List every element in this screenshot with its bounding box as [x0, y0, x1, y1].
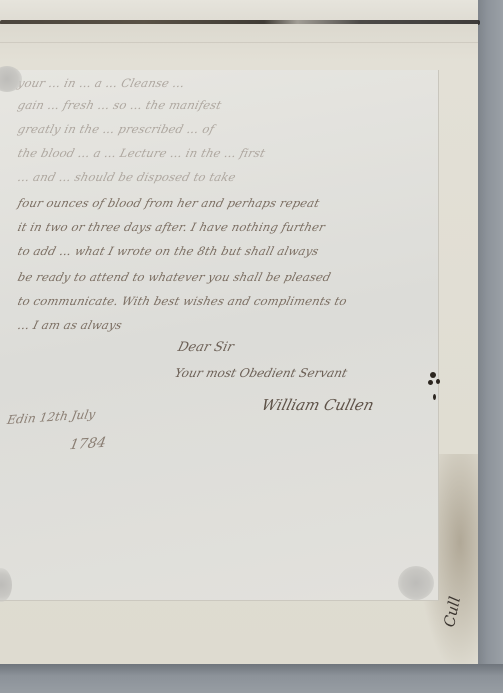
salutation: Dear Sir [176, 340, 235, 355]
mount-board-right [478, 0, 503, 693]
letter-line-11: ... I am as always [16, 318, 123, 332]
letter-line-4: the blood ... a ... Lecture ... in the .… [16, 146, 267, 160]
date-year: 1784 [68, 435, 107, 453]
fold-line [0, 42, 478, 43]
signature: William Cullen [260, 396, 376, 414]
letter-line-5: ... and ... should be disposed to take [16, 170, 237, 184]
ink-blots [428, 370, 442, 406]
letter-page: your ... in ... a ... Cleanse ... gain .… [0, 70, 439, 601]
letter-line-10: to communicate. With best wishes and com… [16, 294, 348, 308]
valediction: Your most Obedient Servant [173, 366, 348, 380]
letter-line-6: four ounces of blood from her and perhap… [16, 196, 321, 210]
hinge-mark-bottom-right [398, 566, 434, 600]
letter-line-3: greatly in the ... prescribed ... of [16, 122, 216, 136]
letter-line-7: it in two or three days after. I have no… [16, 220, 326, 234]
letter-line-1: your ... in ... a ... Cleanse ... [16, 76, 186, 90]
date-place: Edin 12th July [6, 407, 96, 427]
letter-line-2: gain ... fresh ... so ... the manifest [16, 98, 223, 112]
letter-line-9: be ready to attend to whatever you shall… [16, 270, 332, 284]
letter-line-8: to add ... what I wrote on the 8th but s… [16, 244, 320, 258]
